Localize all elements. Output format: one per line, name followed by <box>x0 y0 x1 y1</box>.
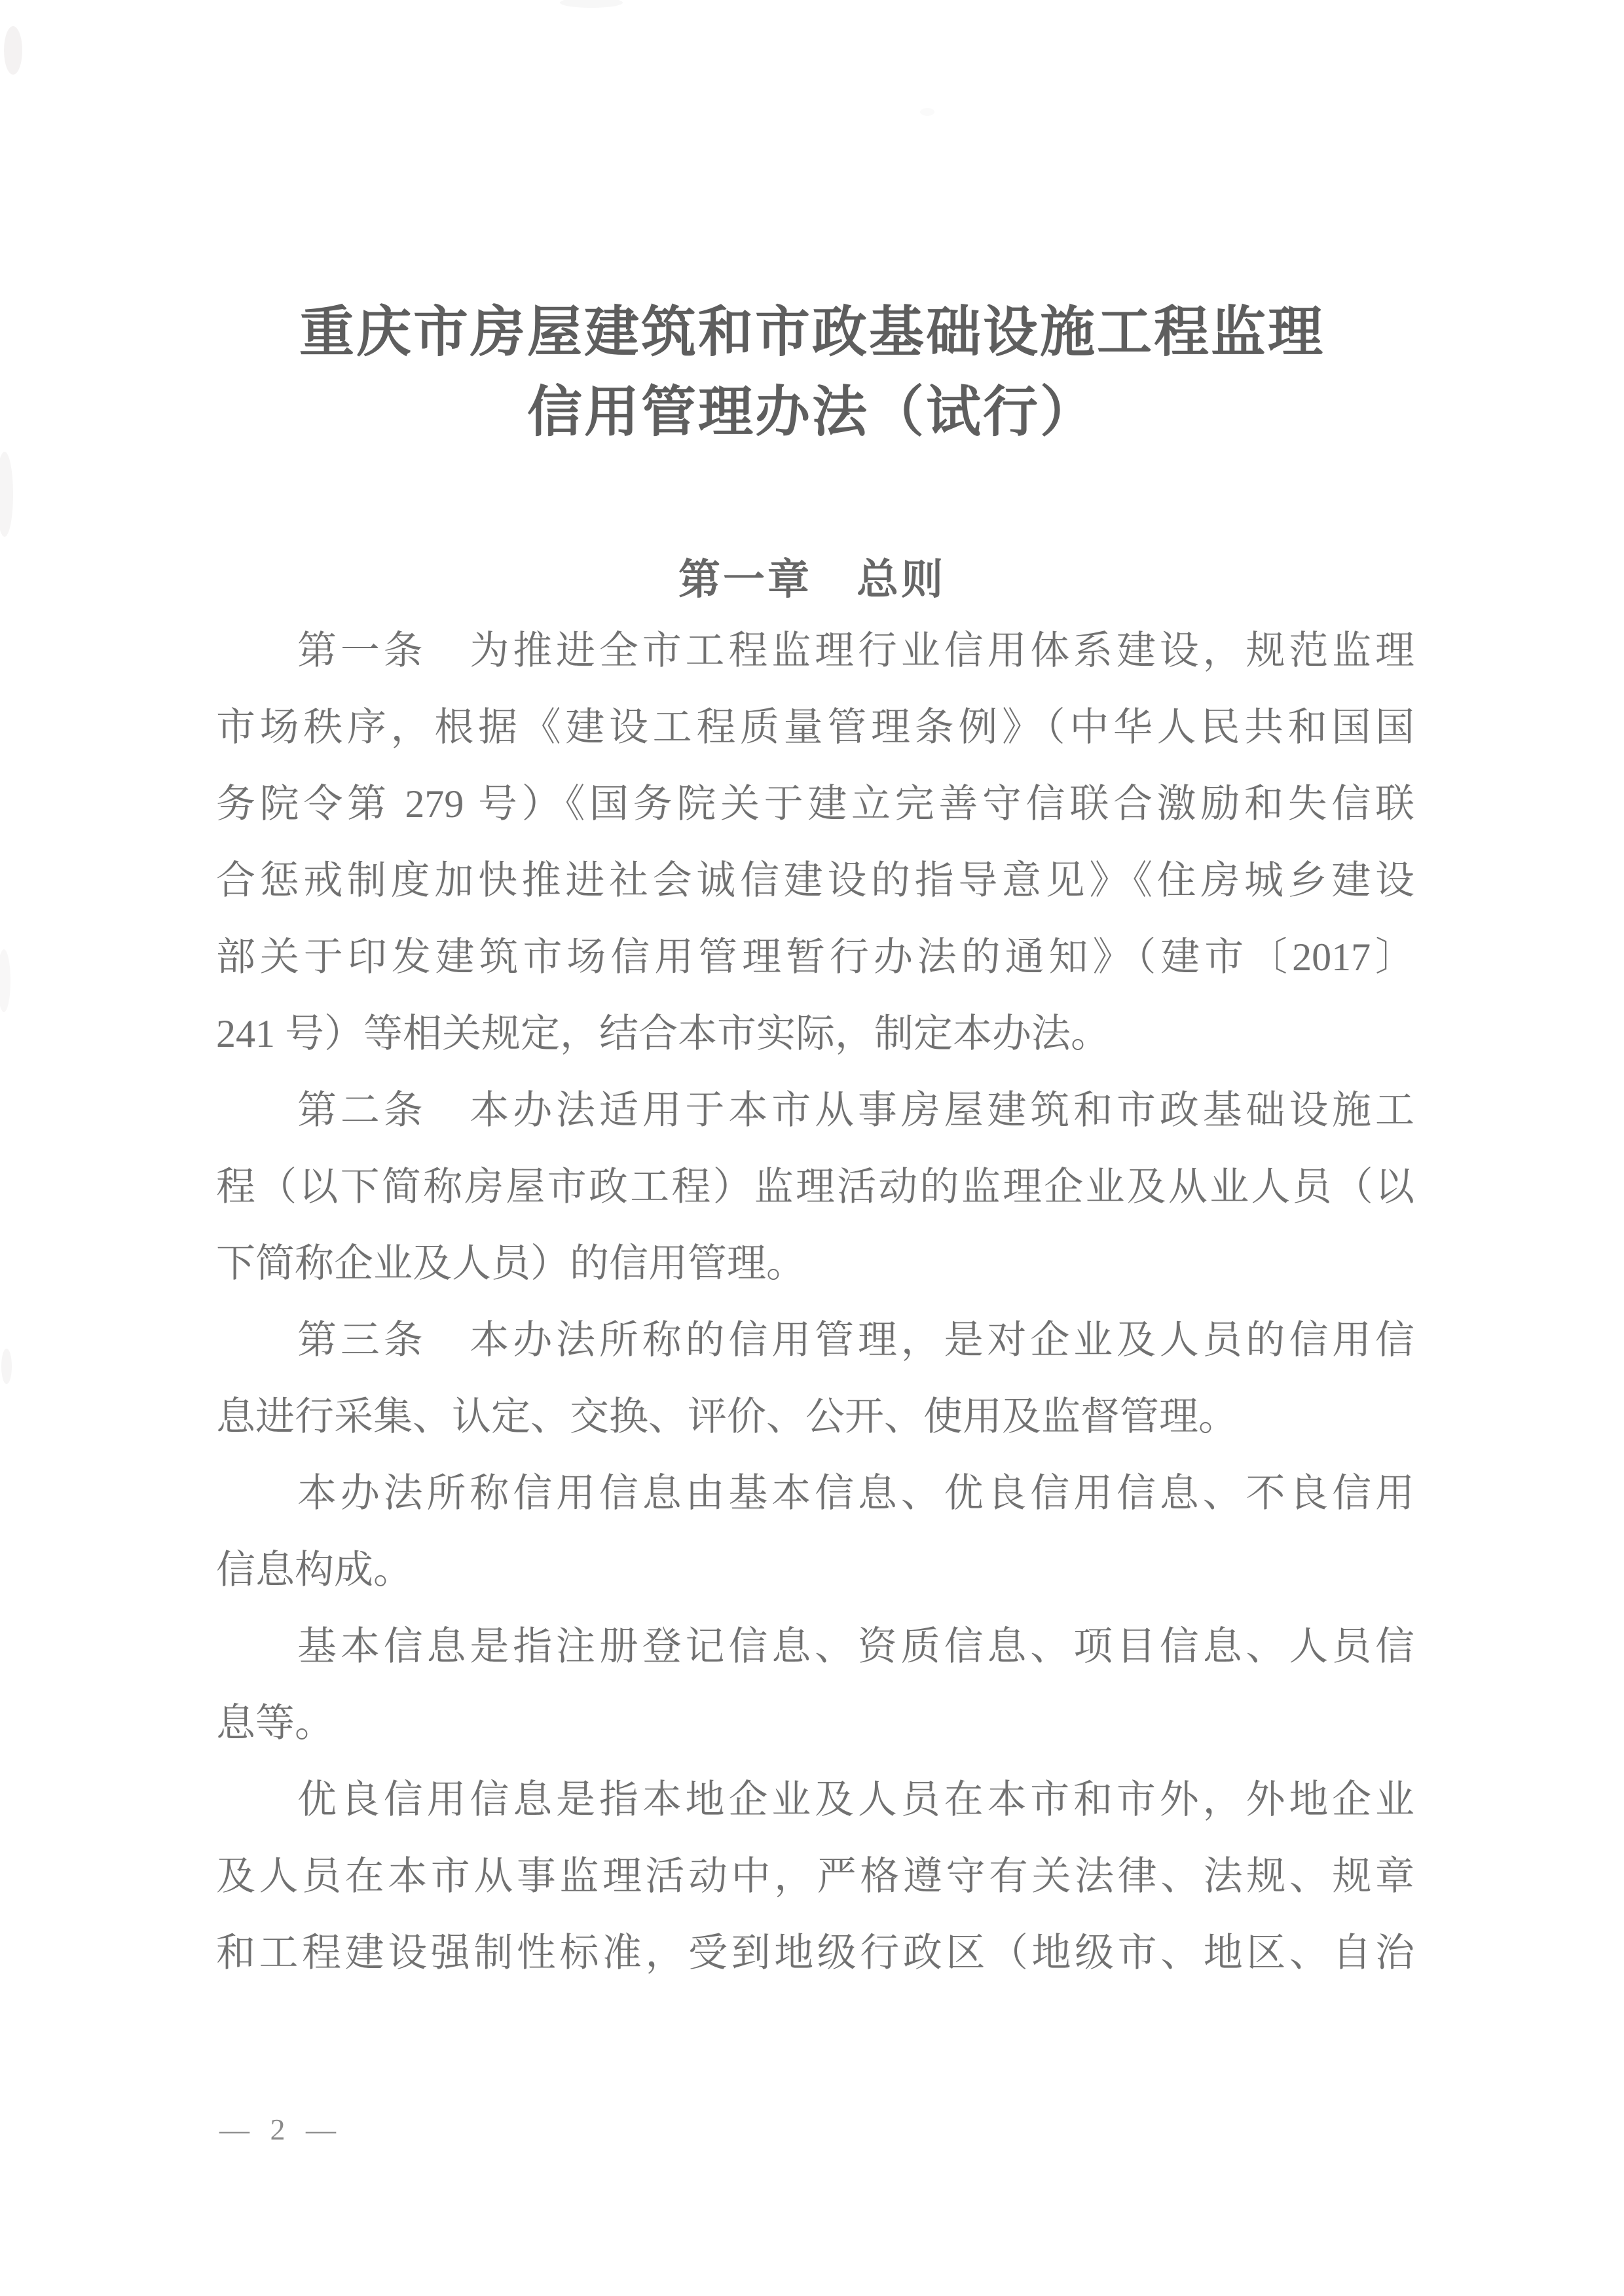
body-line: 第三条 本办法所称的信用管理，是对企业及人员的信用信 <box>216 1302 1414 1379</box>
body-line: 部关于印发建筑市场信用管理暂行办法的通知》（建市〔2017〕 <box>216 919 1414 996</box>
scan-artifact <box>0 949 10 1012</box>
body-line: 本办法所称信用信息由基本信息、优良信用信息、不良信用 <box>216 1455 1414 1532</box>
body-line: 息等。 <box>216 1685 1414 1762</box>
body-line: 241 号）等相关规定，结合本市实际，制定本办法。 <box>216 996 1414 1072</box>
body-line: 程（以下简称房屋市政工程）监理活动的监理企业及从业人员（以 <box>216 1149 1414 1226</box>
body-line: 优良信用信息是指本地企业及人员在本市和市外，外地企业 <box>216 1762 1414 1838</box>
body-line: 和工程建设强制性标准，受到地级行政区（地级市、地区、自治 <box>216 1915 1414 1992</box>
chapter-heading: 第一章 总则 <box>0 553 1624 606</box>
scan-artifact <box>920 108 934 116</box>
document-title-line-2: 信用管理办法（试行） <box>0 373 1624 453</box>
document-title: 重庆市房屋建筑和市政基础设施工程监理 信用管理办法（试行） <box>0 293 1624 453</box>
body-line: 第一条 为推进全市工程监理行业信用体系建设，规范监理 <box>216 613 1414 689</box>
scan-artifact <box>4 26 22 75</box>
body-text: 第一条 为推进全市工程监理行业信用体系建设，规范监理市场秩序，根据《建设工程质量… <box>216 613 1414 1992</box>
scan-artifact <box>0 452 13 537</box>
body-line: 第二条 本办法适用于本市从事房屋建筑和市政基础设施工 <box>216 1072 1414 1149</box>
scanned-document-page: 重庆市房屋建筑和市政基础设施工程监理 信用管理办法（试行） 第一章 总则 第一条… <box>0 0 1624 2296</box>
body-line: 息进行采集、认定、交换、评价、公开、使用及监督管理。 <box>216 1379 1414 1455</box>
body-line: 务院令第 279 号）《国务院关于建立完善守信联合激励和失信联 <box>216 766 1414 843</box>
body-line: 市场秩序，根据《建设工程质量管理条例》（中华人民共和国国 <box>216 689 1414 766</box>
scan-artifact <box>1 1349 12 1384</box>
body-line: 基本信息是指注册登记信息、资质信息、项目信息、人员信 <box>216 1609 1414 1685</box>
scan-artifact <box>560 0 623 8</box>
document-title-line-1: 重庆市房屋建筑和市政基础设施工程监理 <box>0 293 1624 373</box>
body-line: 合惩戒制度加快推进社会诚信建设的指导意见》《住房城乡建设 <box>216 843 1414 919</box>
body-line: 下简称企业及人员）的信用管理。 <box>216 1226 1414 1302</box>
body-line: 信息构成。 <box>216 1532 1414 1609</box>
body-line: 及人员在本市从事监理活动中，严格遵守有关法律、法规、规章 <box>216 1838 1414 1915</box>
page-number: — 2 — <box>219 2110 342 2149</box>
